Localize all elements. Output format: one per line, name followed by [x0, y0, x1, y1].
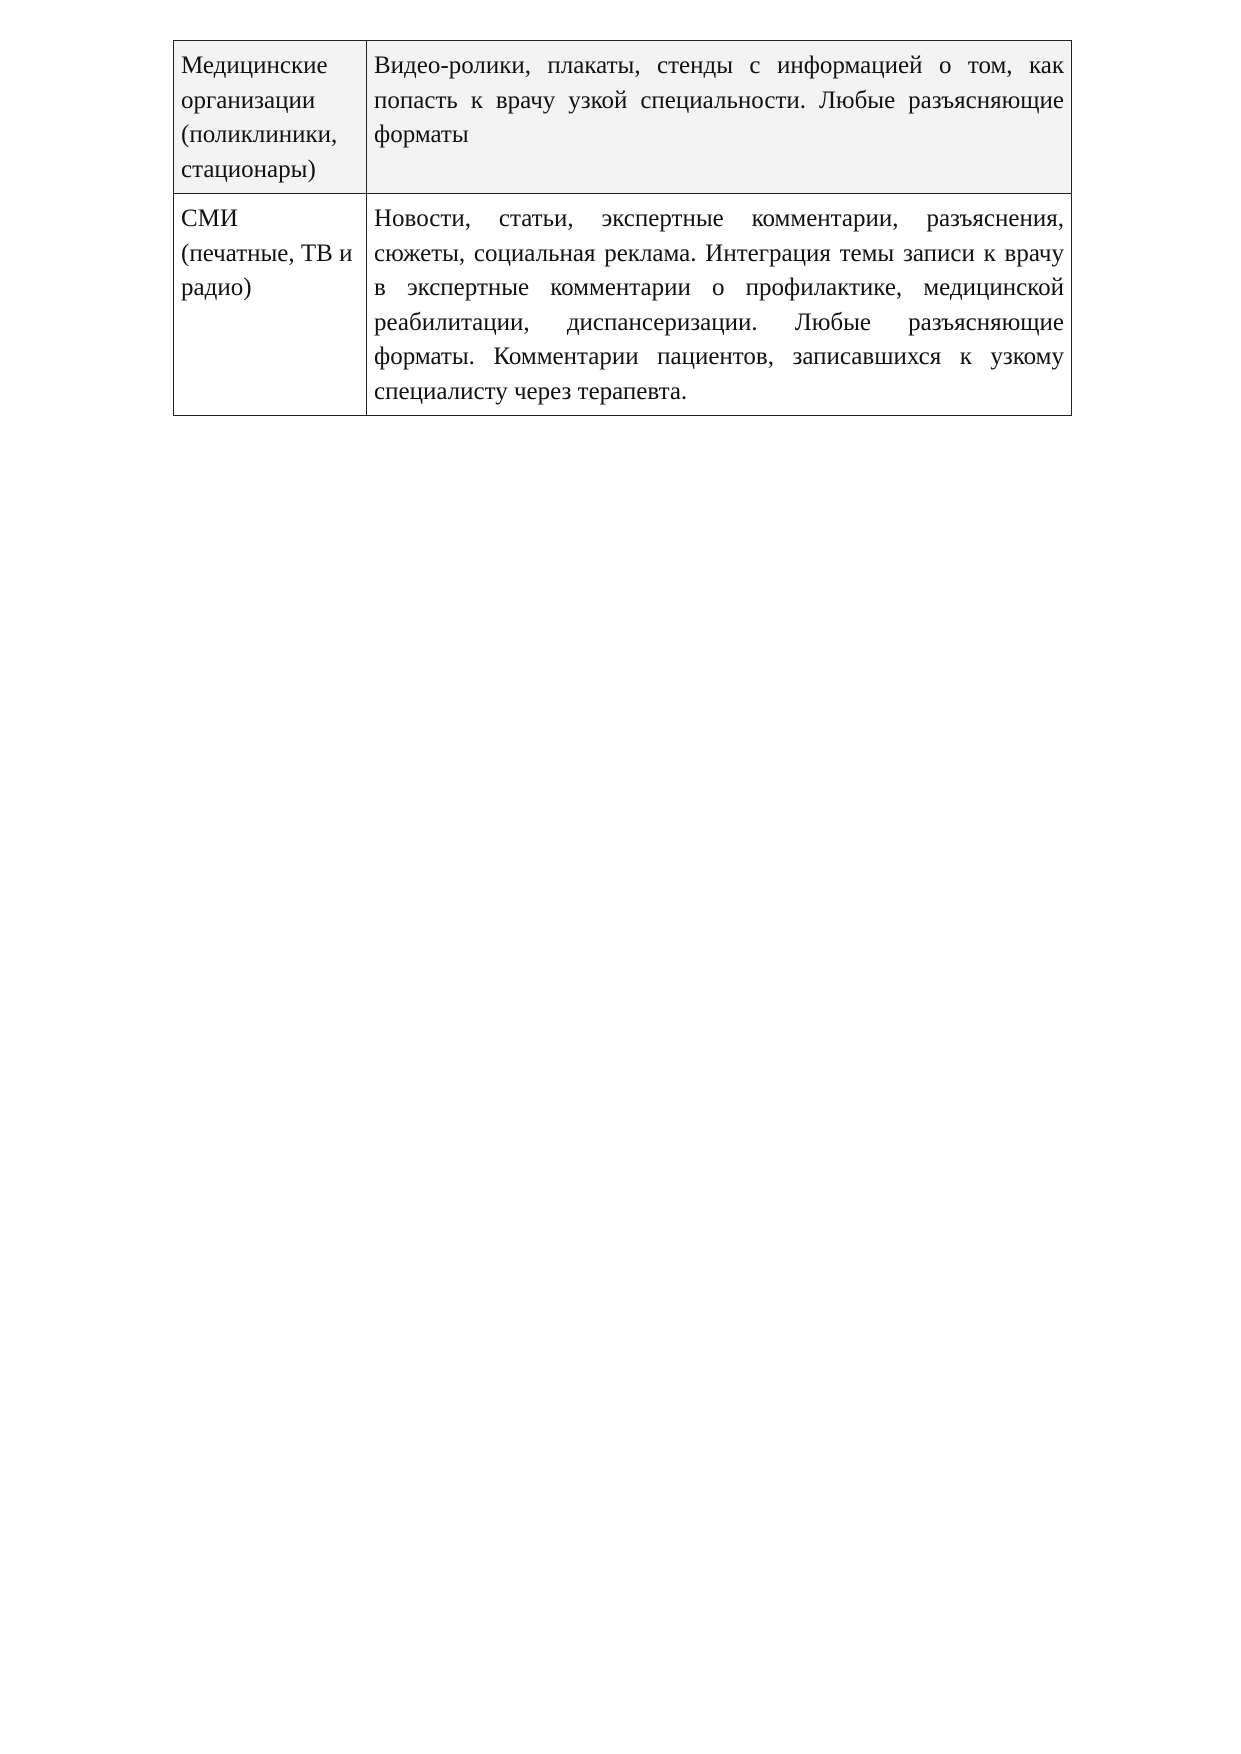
table-row: СМИ (печатные, ТВ и радио) Новости, стат… — [174, 194, 1072, 416]
channel-cell: Медицинские организации (поликлиники, ст… — [174, 41, 367, 194]
content-cell: Новости, статьи, экспертные комментарии,… — [367, 194, 1072, 416]
communication-channels-table: Медицинские организации (поликлиники, ст… — [173, 40, 1072, 416]
table-row: Медицинские организации (поликлиники, ст… — [174, 41, 1072, 194]
channel-cell: СМИ (печатные, ТВ и радио) — [174, 194, 367, 416]
content-cell: Видео-ролики, плакаты, стенды с информац… — [367, 41, 1072, 194]
